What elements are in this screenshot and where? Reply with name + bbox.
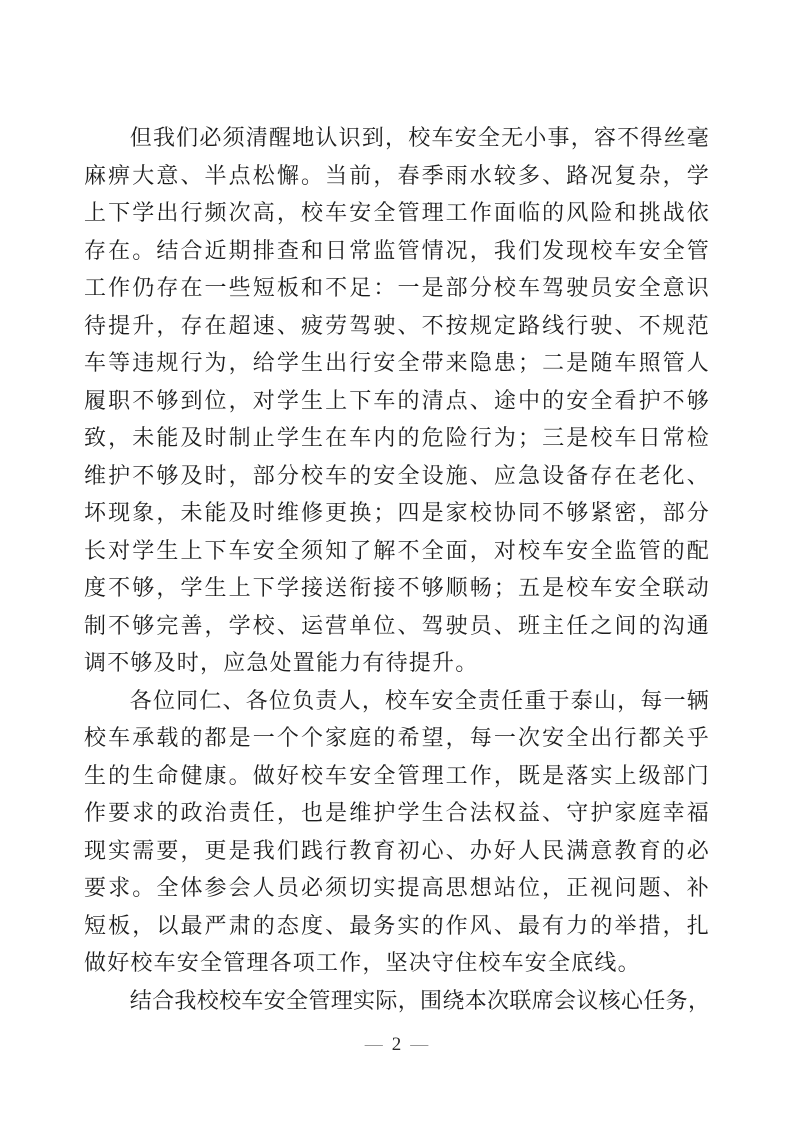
document-page: 但我们必须清醒地认识到，校车安全无小事，容不得丝毫麻痹大意、半点松懈。当前，春季… xyxy=(0,0,793,1122)
footer-dash-right: — xyxy=(410,1032,428,1056)
text-line: 坏现象，未能及时维修更换；四是家校协同不够紧密，部分家 xyxy=(84,494,710,532)
text-line: 各位同仁、各位负责人，校车安全责任重于泰山，每一辆 xyxy=(84,682,710,720)
text-line: 调不够及时，应急处置能力有待提升。 xyxy=(84,644,710,682)
text-line: 麻痹大意、半点松懈。当前，春季雨水较多、路况复杂，学生 xyxy=(84,157,710,195)
footer-dash-left: — xyxy=(365,1032,383,1056)
text-line: 做好校车安全管理各项工作，坚决守住校车安全底线。 xyxy=(84,944,710,982)
text-line: 存在。结合近期排查和日常监管情况，我们发现校车安全管理 xyxy=(84,232,710,270)
text-line: 短板，以最严肃的态度、最务实的作风、最有力的举措，扎实 xyxy=(84,907,710,945)
text-line: 要求。全体参会人员必须切实提高思想站位，正视问题、补齐 xyxy=(84,869,710,907)
text-line: 作要求的政治责任，也是维护学生合法权益、守护家庭幸福的 xyxy=(84,794,710,832)
text-line: 工作仍存在一些短板和不足：一是部分校车驾驶员安全意识有 xyxy=(84,269,710,307)
text-line: 制不够完善，学校、运营单位、驾驶员、班主任之间的沟通协 xyxy=(84,607,710,645)
page-number: 2 xyxy=(392,1033,402,1057)
text-line: 生的生命健康。做好校车安全管理工作，既是落实上级部门工 xyxy=(84,757,710,795)
text-line: 维护不够及时，部分校车的安全设施、应急设备存在老化、损 xyxy=(84,457,710,495)
text-line: 上下学出行频次高，校车安全管理工作面临的风险和挑战依然 xyxy=(84,194,710,232)
page-footer: — 2 — xyxy=(0,1033,793,1057)
paragraph: 但我们必须清醒地认识到，校车安全无小事，容不得丝毫麻痹大意、半点松懈。当前，春季… xyxy=(84,119,710,682)
text-line: 校车承载的都是一个个家庭的希望，每一次安全出行都关乎学 xyxy=(84,719,710,757)
text-line: 结合我校校车安全管理实际，围绕本次联席会议核心任务， xyxy=(84,982,710,1020)
text-line: 致，未能及时制止学生在车内的危险行为；三是校车日常检查 xyxy=(84,419,710,457)
text-line: 车等违规行为，给学生出行安全带来隐患；二是随车照管人员 xyxy=(84,344,710,382)
paragraph: 结合我校校车安全管理实际，围绕本次联席会议核心任务， xyxy=(84,982,710,1020)
text-line: 但我们必须清醒地认识到，校车安全无小事，容不得丝毫 xyxy=(84,119,710,157)
text-line: 长对学生上下车安全须知了解不全面，对校车安全监管的配合 xyxy=(84,532,710,570)
text-line: 现实需要，更是我们践行教育初心、办好人民满意教育的必然 xyxy=(84,832,710,870)
paragraph: 各位同仁、各位负责人，校车安全责任重于泰山，每一辆校车承载的都是一个个家庭的希望… xyxy=(84,682,710,982)
text-line: 待提升，存在超速、疲劳驾驶、不按规定路线行驶、不规范停 xyxy=(84,307,710,345)
text-line: 履职不够到位，对学生上下车的清点、途中的安全看护不够细 xyxy=(84,382,710,420)
document-body: 但我们必须清醒地认识到，校车安全无小事，容不得丝毫麻痹大意、半点松懈。当前，春季… xyxy=(84,119,710,1019)
text-line: 度不够，学生上下学接送衔接不够顺畅；五是校车安全联动机 xyxy=(84,569,710,607)
